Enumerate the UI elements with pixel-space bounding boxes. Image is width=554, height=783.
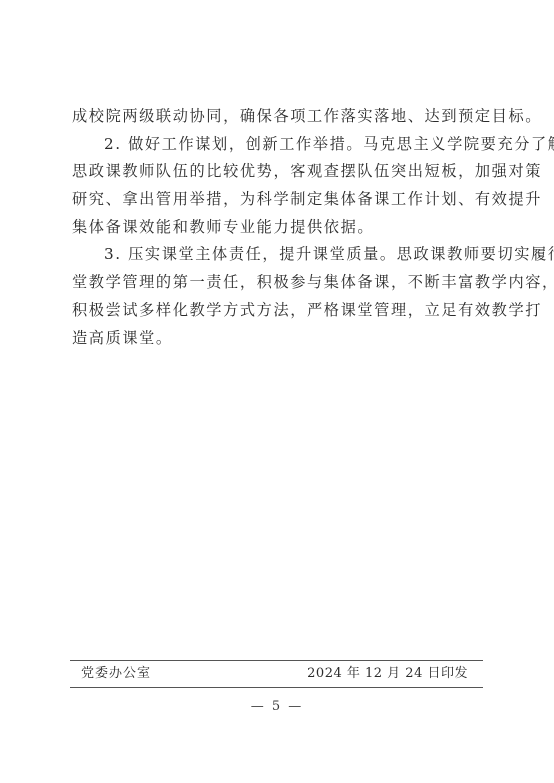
footer-top-divider: [70, 660, 483, 661]
paragraph-3-line-2: 堂教学管理的第一责任，积极参与集体备课，不断丰富教学内容，: [72, 269, 484, 297]
paragraph-3-line-4: 造高质课堂。: [72, 325, 484, 353]
paragraph-2-line-1: 2. 做好工作谋划，创新工作举措。马克思主义学院要充分了解: [72, 131, 484, 159]
paragraph-2-line-2: 思政课教师队伍的比较优势，客观查摆队伍突出短板，加强对策: [72, 158, 484, 186]
issuing-office: 党委办公室: [81, 664, 151, 684]
document-body: 成校院两级联动协同，确保各项工作落实落地、达到预定目标。 2. 做好工作谋划，创…: [72, 103, 484, 352]
paragraph-1-line-end: 成校院两级联动协同，确保各项工作落实落地、达到预定目标。: [72, 103, 484, 131]
paragraph-2-line-4: 集体备课效能和教师专业能力提供依据。: [72, 214, 484, 242]
page-number: — 5 —: [0, 697, 554, 717]
footer-bottom-divider: [70, 687, 483, 688]
document-page: 成校院两级联动协同，确保各项工作落实落地、达到预定目标。 2. 做好工作谋划，创…: [0, 0, 554, 783]
issue-date: 2024 年 12 月 24 日印发: [307, 664, 468, 684]
paragraph-3-line-3: 积极尝试多样化教学方式方法，严格课堂管理，立足有效教学打: [72, 297, 484, 325]
paragraph-3-line-1: 3. 压实课堂主体责任，提升课堂质量。思政课教师要切实履行课: [72, 241, 484, 269]
paragraph-2-line-3: 研究、拿出管用举措，为科学制定集体备课工作计划、有效提升: [72, 186, 484, 214]
